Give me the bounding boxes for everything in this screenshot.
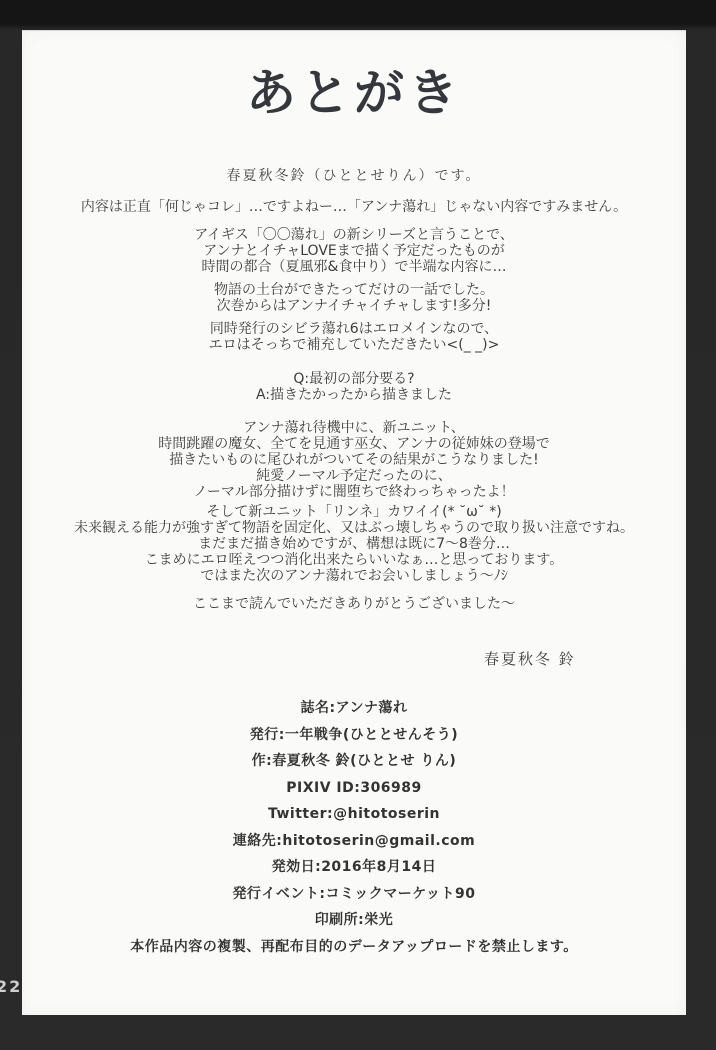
colophon-event: 発行イベント:コミックマーケット90 <box>22 887 686 901</box>
text-line: 同時発行のシビラ蕩れ6はエロメインなので、 <box>22 321 686 337</box>
afterword-page: あとがき 春夏秋冬鈴（ひととせりん）です。 内容は正直「何じゃコレ」…ですよねー… <box>22 30 686 1015</box>
text-line: アンナ蕩れ待機中に、新ユニット、 <box>22 420 686 436</box>
colophon-pixiv-id: PIXIV ID:306989 <box>22 781 686 795</box>
paragraph: アイギス「〇〇蕩れ」の新シリーズと言うことで、 アンナとイチャLOVEまで描く予… <box>22 227 686 275</box>
text-line: 純愛ノーマル予定だったのに、 <box>22 468 686 484</box>
text-line: エロはそっちで補充していただきたい<(_ _)> <box>22 337 686 353</box>
text-line: 物語の土台ができたってだけの一話でした。 <box>22 282 686 298</box>
text-line: 未来観える能力が強すぎて物語を固定化、又はぶっ壊しちゃうので取り扱い注意ですね。 <box>22 520 686 536</box>
text-line: アンナとイチャLOVEまで描く予定だったものが <box>22 243 686 259</box>
text-line: Q:最初の部分要る? <box>22 371 686 387</box>
intro-line: 春夏秋冬鈴（ひととせりん）です。 <box>22 165 686 185</box>
colophon-publisher: 発行:一年戦争(ひととせんそう) <box>22 728 686 742</box>
text-line: まだまだ描き始めですが、構想は既に7～8巻分… <box>22 536 686 552</box>
colophon-title: 誌名:アンナ蕩れ <box>22 701 686 715</box>
text-line: こまめにエロ咥えつつ消化出来たらいいなぁ…と思っております。 <box>22 552 686 568</box>
paragraph: 同時発行のシビラ蕩れ6はエロメインなので、 エロはそっちで補充していただきたい<… <box>22 321 686 353</box>
colophon-disclaimer: 本作品内容の複製、再配布目的のデータアップロードを禁止します。 <box>22 940 686 954</box>
text-line: ではまた次のアンナ蕩れでお会いしましょう～ﾉｼ <box>22 568 686 584</box>
paragraph-thanks: ここまで読んでいただきありがとうございました～ <box>22 596 686 612</box>
page-number: 22 <box>0 977 22 996</box>
colophon-contact-email: 連絡先:hitotoserin@gmail.com <box>22 834 686 848</box>
text-line: ここまで読んでいただきありがとうございました～ <box>22 596 686 612</box>
text-line: 次巻からはアンナイチャイチャします!多分! <box>22 298 686 314</box>
text-line: 時間の都合（夏風邪&食中り）で半端な内容に… <box>22 259 686 275</box>
page-title: あとがき <box>22 63 686 123</box>
text-line: そして新ユニット「リンネ」カワイイ(* ˘ω˘ *) <box>22 504 686 520</box>
author-signature: 春夏秋冬 鈴 <box>484 648 576 669</box>
text-line: ノーマル部分描けずに闇堕ちで終わっちゃったよ！ <box>22 484 686 500</box>
colophon-twitter: Twitter:@hitotoserin <box>22 807 686 821</box>
colophon-issue-date: 発効日:2016年8月14日 <box>22 860 686 874</box>
colophon-printer: 印刷所:栄光 <box>22 913 686 927</box>
text-line: 描きたいものに尾ひれがついてその結果がこうなりました! <box>22 452 686 468</box>
colophon: 誌名:アンナ蕩れ 発行:一年戦争(ひととせんそう) 作:春夏秋冬 鈴(ひととせ … <box>22 701 686 966</box>
afterword-body: 内容は正直「何じゃコレ」…ですよねー…「アンナ蕩れ」じゃない内容ですみません。 … <box>22 199 686 612</box>
paragraph: そして新ユニット「リンネ」カワイイ(* ˘ω˘ *) 未来観える能力が強すぎて物… <box>22 504 686 584</box>
paragraph: アンナ蕩れ待機中に、新ユニット、 時間跳躍の魔女、全てを見通す巫女、アンナの従姉… <box>22 420 686 500</box>
paragraph-qa: Q:最初の部分要る? A:描きたかったから描きました <box>22 371 686 403</box>
paragraph: 物語の土台ができたってだけの一話でした。 次巻からはアンナイチャイチャします!多… <box>22 282 686 314</box>
text-line: 内容は正直「何じゃコレ」…ですよねー…「アンナ蕩れ」じゃない内容ですみません。 <box>22 199 686 215</box>
paragraph: 内容は正直「何じゃコレ」…ですよねー…「アンナ蕩れ」じゃない内容ですみません。 <box>22 199 686 215</box>
text-line: アイギス「〇〇蕩れ」の新シリーズと言うことで、 <box>22 227 686 243</box>
text-line: 時間跳躍の魔女、全てを見通す巫女、アンナの従姉妹の登場で <box>22 436 686 452</box>
text-line: A:描きたかったから描きました <box>22 387 686 403</box>
colophon-author: 作:春夏秋冬 鈴(ひととせ りん) <box>22 754 686 768</box>
